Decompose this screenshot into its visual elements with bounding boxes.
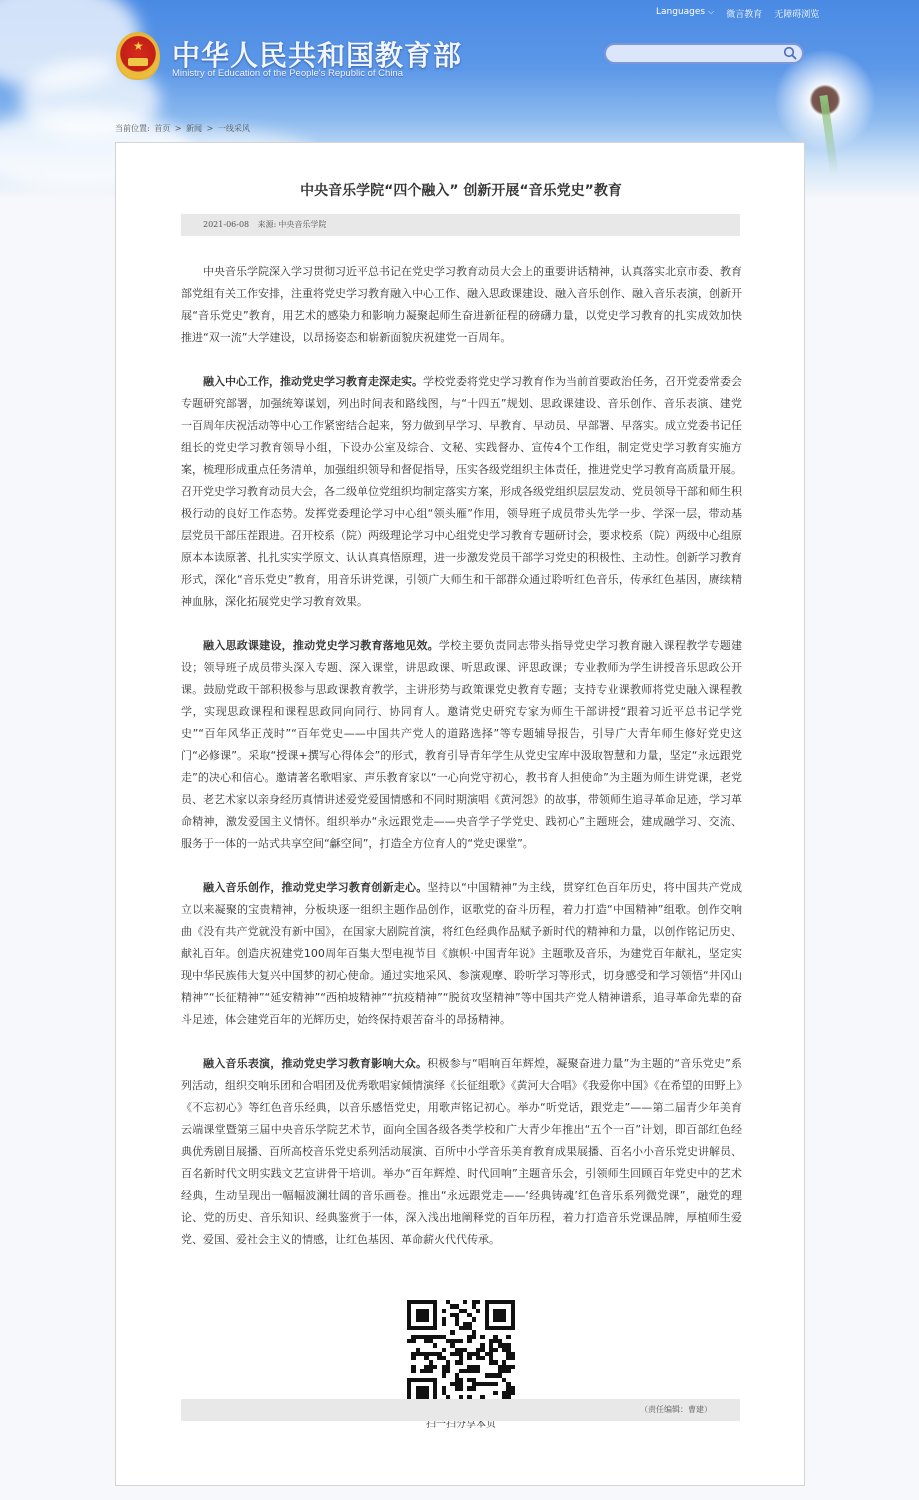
paragraph: 中央音乐学院深入学习贯彻习近平总书记在党史学习教育动员大会上的重要讲话精神，认真…	[181, 261, 742, 349]
breadcrumb-separator: >	[207, 124, 214, 133]
tiananmen-icon	[128, 58, 148, 66]
paragraph-text: 学校党委将党史学习教育作为当前首要政治任务，召开党委常委会专题研究部署，加强统筹…	[181, 375, 742, 608]
source-label: 来源:	[258, 220, 277, 229]
paragraph-lead: 融入音乐创作，推动党史学习教育创新走心。	[203, 881, 427, 894]
article-source: 中央音乐学院	[278, 220, 326, 229]
article-body: 中央音乐学院深入学习贯彻习近平总书记在党史学习教育动员大会上的重要讲话精神，认真…	[181, 261, 742, 1273]
paragraph: 融入音乐创作，推动党史学习教育创新走心。坚持以“中国精神”为主线，贯穿红色百年历…	[181, 877, 742, 1031]
paragraph-lead: 融入音乐表演，推动党史学习教育影响大众。	[203, 1057, 427, 1070]
national-emblem-logo[interactable]: ★	[116, 32, 160, 80]
paragraph-lead: 融入思政课建设，推动党史学习教育落地见效。	[203, 639, 439, 652]
languages-menu[interactable]: Languages⌵	[656, 7, 714, 20]
search-box	[604, 43, 804, 64]
search-input[interactable]	[606, 49, 776, 66]
article-title: 中央音乐学院“四个融入” 创新开展“音乐党史”教育	[116, 180, 806, 200]
paragraph-text: 积极参与“唱响百年辉煌，凝聚奋进力量”为主题的“音乐党史”系列活动，组织交响乐团…	[181, 1057, 742, 1246]
breadcrumb-prefix: 当前位置:	[115, 124, 150, 133]
article-card: 中央音乐学院“四个融入” 创新开展“音乐党史”教育 2021-06-08 来源:…	[115, 142, 805, 1486]
article-date: 2021-06-08	[203, 220, 249, 229]
breadcrumb: 当前位置: 首页 > 新闻 > 一线采风	[115, 123, 252, 134]
top-links: Languages⌵ 微言教育 无障碍浏览	[656, 7, 819, 20]
accessibility-link[interactable]: 无障碍浏览	[774, 7, 819, 20]
paragraph-text: 坚持以“中国精神”为主线，贯穿红色百年历史，将中国共产党成立以来凝聚的宝贵精神，…	[181, 881, 742, 1026]
weiyan-link[interactable]: 微言教育	[726, 7, 762, 20]
breadcrumb-home[interactable]: 首页	[154, 124, 170, 133]
editor-credit: （责任编辑：曹建）	[640, 1405, 712, 1414]
paragraph: 融入思政课建设，推动党史学习教育落地见效。学校主要负责同志带头指导党史学习教育融…	[181, 635, 742, 855]
breadcrumb-separator: >	[175, 124, 182, 133]
star-icon: ★	[133, 40, 144, 52]
languages-label: Languages	[656, 7, 705, 17]
paragraph-text: 中央音乐学院深入学习贯彻习近平总书记在党史学习教育动员大会上的重要讲话精神，认真…	[181, 265, 742, 344]
editor-credit-bar: （责任编辑：曹建）	[181, 1399, 740, 1421]
paragraph: 融入中心工作，推动党史学习教育走深走实。学校党委将党史学习教育作为当前首要政治任…	[181, 371, 742, 613]
article-meta: 2021-06-08 来源:中央音乐学院	[181, 214, 740, 236]
search-icon[interactable]	[783, 46, 797, 60]
qr-code-icon	[407, 1300, 515, 1408]
paragraph: 融入音乐表演，推动党史学习教育影响大众。积极参与“唱响百年辉煌，凝聚奋进力量”为…	[181, 1053, 742, 1251]
paragraph-text: 学校主要负责同志带头指导党史学习教育融入课程教学专题建设；领导班子成员带头深入专…	[181, 639, 742, 850]
paragraph-lead: 融入中心工作，推动党史学习教育走深走实。	[203, 375, 423, 388]
breadcrumb-news[interactable]: 新闻	[186, 124, 202, 133]
site-subtitle: Ministry of Education of the People's Re…	[172, 68, 403, 79]
breadcrumb-frontline[interactable]: 一线采风	[218, 124, 250, 133]
chevron-down-icon: ⌵	[708, 7, 714, 17]
